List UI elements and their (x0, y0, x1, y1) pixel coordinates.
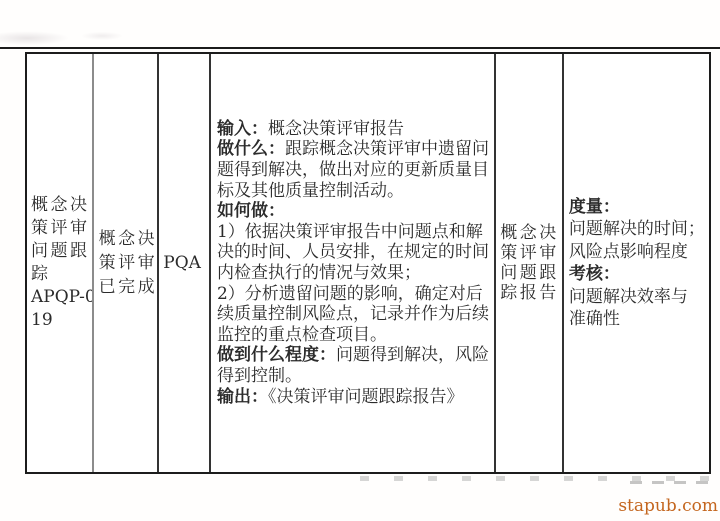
text-line: 准确性 (569, 308, 707, 331)
text-line: 问题解决效率与 (569, 286, 707, 309)
entry-criteria-cell: 概念决策评审已完成 (94, 54, 160, 472)
watermark-text: stapub.com (618, 496, 718, 516)
process-id-cell: 概念决策评审问题跟踪APQP-019 (27, 54, 94, 472)
scan-edge-artifacts-2 (630, 481, 712, 484)
page-top-rule (0, 47, 720, 49)
text-line: 问题解决的时间； (569, 218, 707, 241)
text-line: 监控的重点检查项目。 (217, 325, 490, 346)
text-line: 2）分析遗留问题的影响，确定对后 (217, 284, 490, 305)
text-line: 做到什么程度：问题得到解决，风险 (217, 345, 490, 366)
text-line: 如何做： (217, 201, 490, 222)
scanned-document-page: 概念决策评审问题跟踪APQP-019 概念决策评审已完成 PQA 输入：概念决策… (0, 0, 720, 521)
text-line: APQP-0 (31, 286, 90, 309)
text-line: 输入：概念决策评审报告 (217, 119, 490, 140)
text-line: 踪报告 (500, 283, 560, 303)
scan-smudge-artifact (0, 26, 150, 48)
text-line: 标及其他质量控制活动。 (217, 181, 490, 202)
text-line: PQA (163, 252, 207, 274)
text-line: 策评审 (500, 243, 560, 263)
owner-cell: PQA (159, 54, 211, 472)
activity-description-cell: 输入：概念决策评审报告做什么：跟踪概念决策评审中遗留问题得到解决，做出对应的更新… (211, 54, 496, 472)
text-line: 风险点影响程度 (569, 241, 707, 264)
text-line: 概念决 (31, 194, 90, 217)
text-line: 踪 (31, 263, 90, 286)
text-line: 续质量控制风险点，记录并作为后续 (217, 304, 490, 325)
text-line: 1）依据决策评审报告中问题点和解 (217, 222, 490, 243)
text-line: 问题跟 (500, 263, 560, 283)
text-line: 概念决 (99, 227, 156, 251)
text-line: 策评审 (31, 217, 90, 240)
text-line: 度量： (569, 196, 707, 219)
text-line: 内检查执行的情况与效果； (217, 263, 490, 284)
text-line: 19 (31, 309, 90, 332)
text-line: 概念决 (500, 223, 560, 243)
text-line: 策评审 (99, 251, 156, 275)
text-line: 题得到解决，做出对应的更新质量目 (217, 160, 490, 181)
process-definition-table: 概念决策评审问题跟踪APQP-019 概念决策评审已完成 PQA 输入：概念决策… (25, 52, 711, 474)
text-line: 输出：《决策评审问题跟踪报告》 (217, 387, 490, 408)
metrics-cell: 度量：问题解决的时间；风险点影响程度考核：问题解决效率与准确性 (564, 54, 709, 472)
text-line: 问题跟 (31, 240, 90, 263)
text-line: 得到控制。 (217, 366, 490, 387)
text-line: 已完成 (99, 275, 156, 299)
text-line: 考核： (569, 263, 707, 286)
text-line: 决的时间、人员安排，在规定的时间 (217, 242, 490, 263)
output-document-cell: 概念决策评审问题跟踪报告 (496, 54, 564, 472)
text-line: 做什么：跟踪概念决策评审中遗留问 (217, 139, 490, 160)
